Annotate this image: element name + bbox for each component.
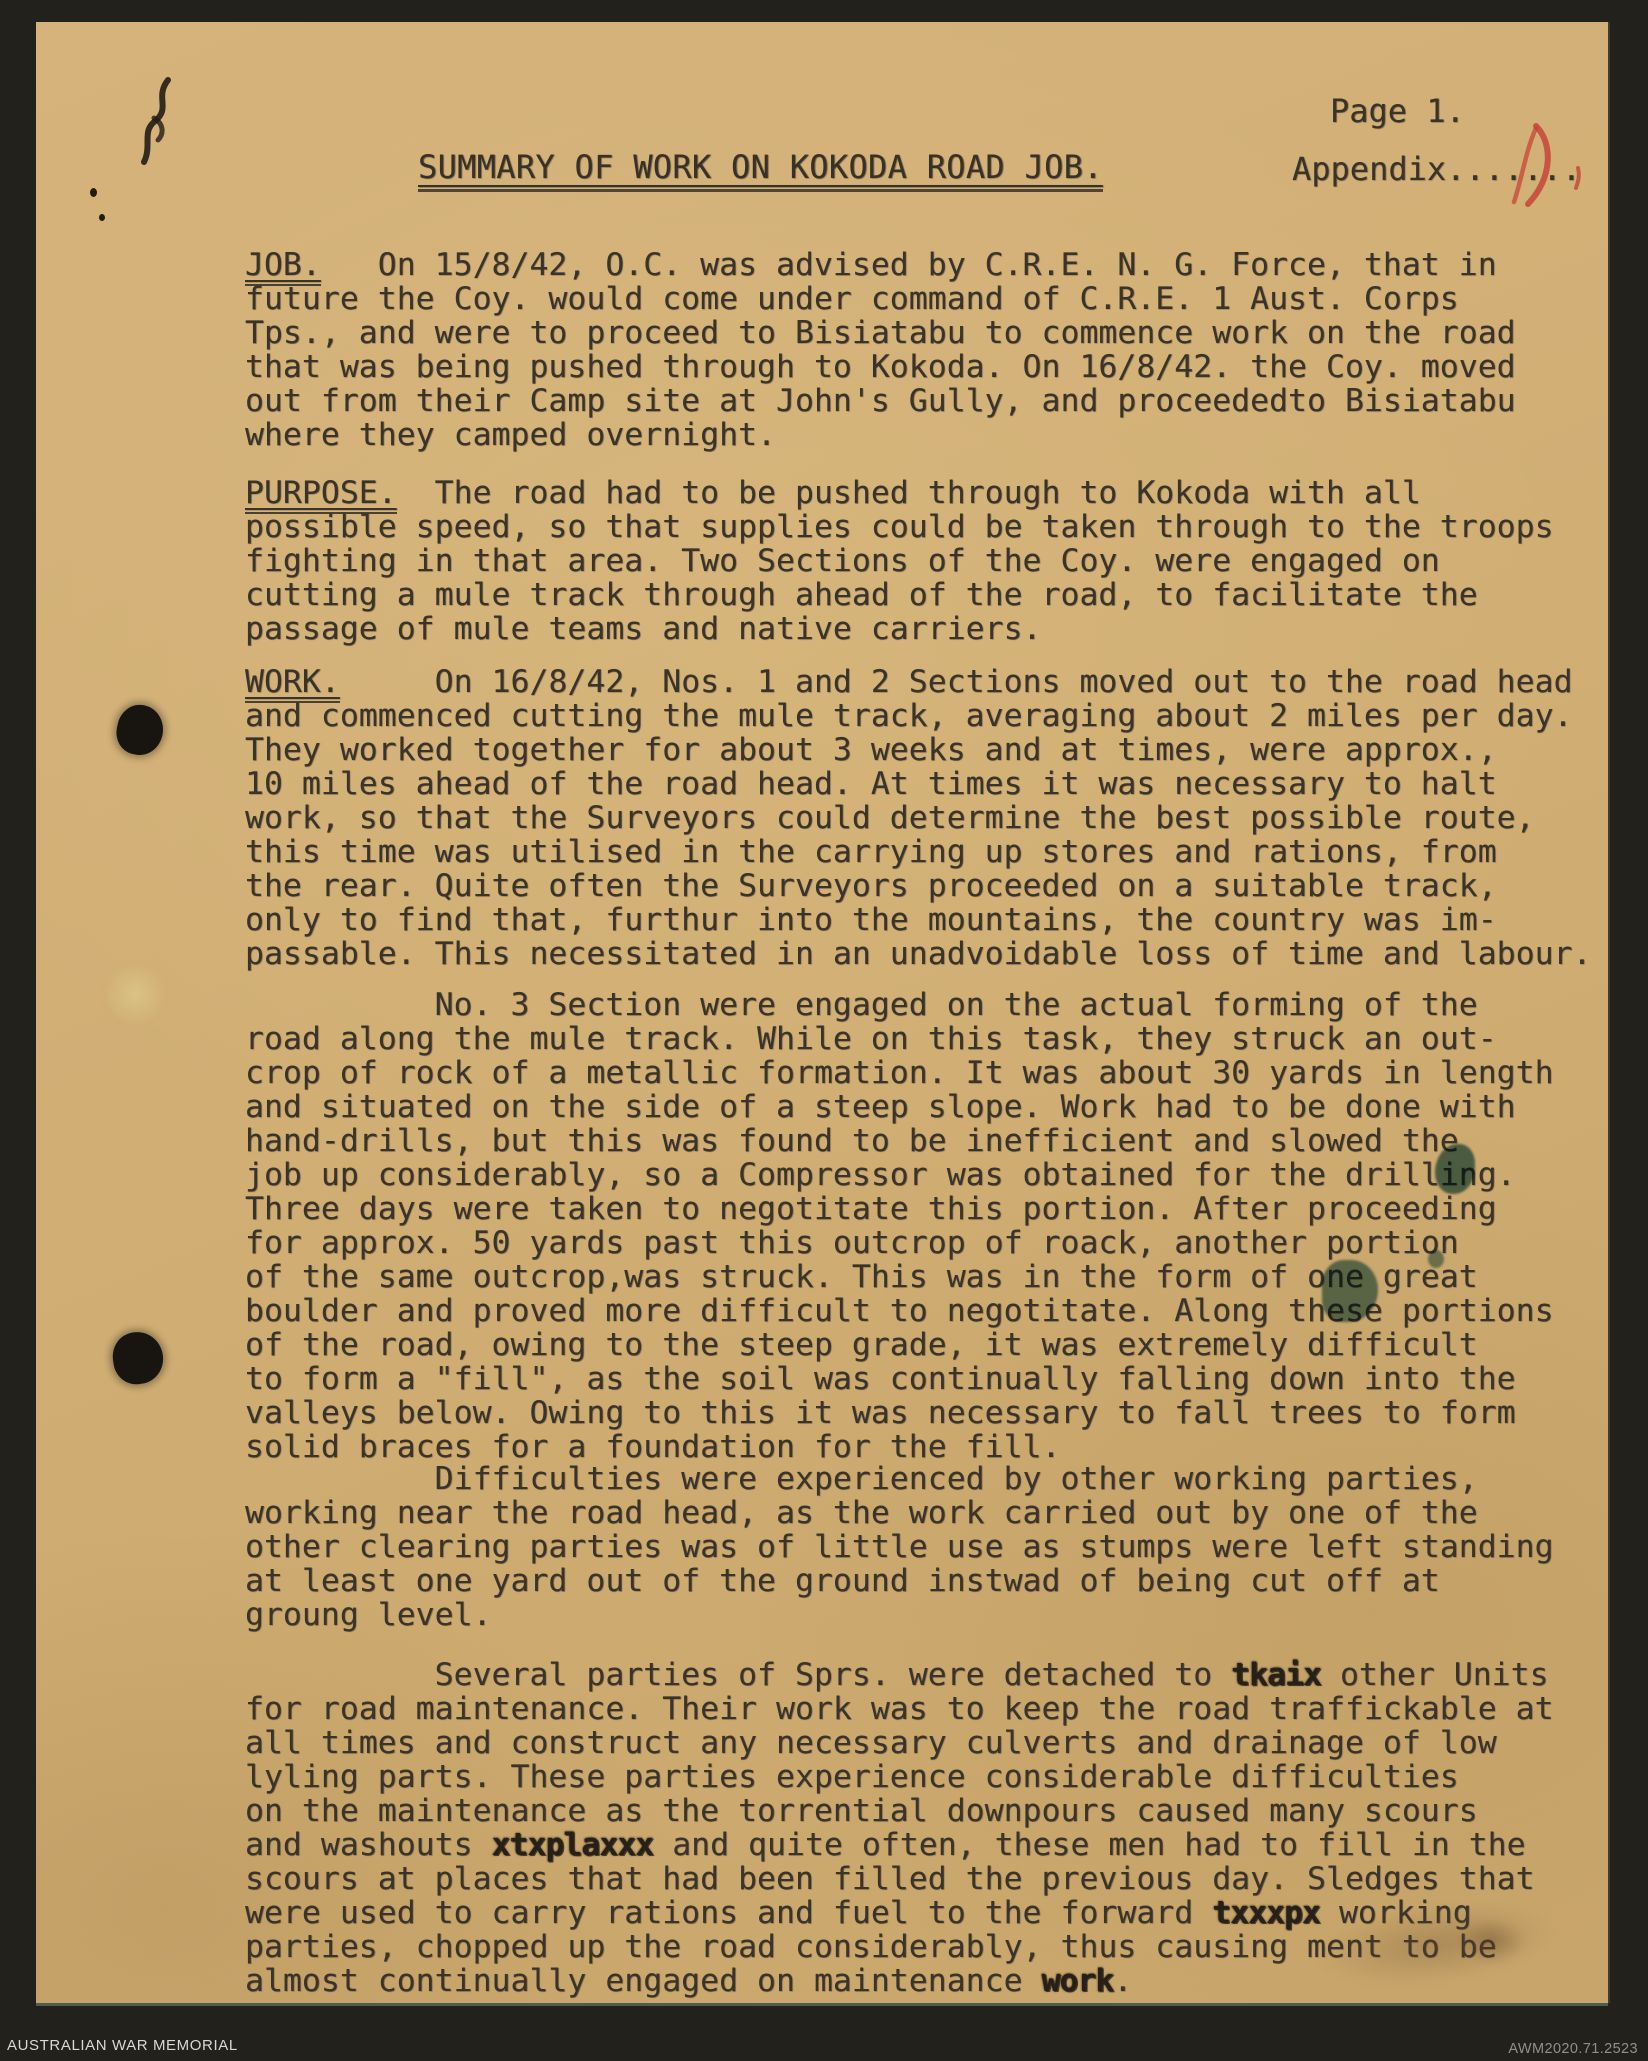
text-line: for approx. 50 yards past this outcrop o…: [245, 1226, 1554, 1260]
document-page: Page 1. SUMMARY OF WORK ON KOKODA ROAD J…: [36, 22, 1608, 2003]
archive-watermark: AUSTRALIAN WAR MEMORIAL: [7, 2037, 238, 2054]
text-line: other clearing parties was of little use…: [245, 1530, 1554, 1564]
punch-hole: [112, 701, 167, 759]
text-line: work, so that the Surveyors could determ…: [245, 801, 1592, 835]
overstruck-word: tkaix: [1231, 1657, 1321, 1693]
ink-scribble-mark: [124, 74, 194, 204]
text-line: working near the road head, as the work …: [245, 1496, 1554, 1530]
text-line: and commenced cutting the mule track, av…: [245, 699, 1592, 733]
text-line: only to find that, furthur into the moun…: [245, 903, 1592, 937]
overstruck-word: xtxplaxxx: [492, 1827, 654, 1863]
text-line: for road maintenance. Their work was to …: [245, 1692, 1554, 1726]
text-line: the rear. Quite often the Surveyors proc…: [245, 869, 1592, 903]
page-number: Page 1.: [1330, 92, 1465, 130]
overstruck-word: txxxpx: [1212, 1895, 1320, 1931]
text-line: out from their Camp site at John's Gully…: [245, 384, 1516, 418]
text-line: to form a "fill", as the soil was contin…: [245, 1362, 1554, 1396]
text-line: lyling parts. These parties experience c…: [245, 1760, 1554, 1794]
text-line: on the maintenance as the torrential dow…: [245, 1794, 1554, 1828]
text-line: fighting in that area. Two Sections of t…: [245, 544, 1554, 578]
text-line: groung level.: [245, 1598, 1554, 1632]
text-line: WORK. On 16/8/42, Nos. 1 and 2 Sections …: [245, 665, 1592, 699]
text-line: Tps., and were to proceed to Bisiatabu t…: [245, 316, 1516, 350]
text-line: all times and construct any necessary cu…: [245, 1726, 1554, 1760]
text-line: job up considerably, so a Compressor was…: [245, 1158, 1554, 1192]
text-line: Difficulties were experienced by other w…: [245, 1462, 1554, 1496]
text-line: They worked together for about 3 weeks a…: [245, 733, 1592, 767]
appendix-annotation-d-mark: [1474, 98, 1604, 228]
text-line: this time was utilised in the carrying u…: [245, 835, 1592, 869]
paragraph: WORK. On 16/8/42, Nos. 1 and 2 Sections …: [245, 665, 1592, 971]
text-line: and washouts xtxplaxxx and quite often, …: [245, 1828, 1554, 1862]
ink-blot: [1428, 1250, 1444, 1268]
dirt-smudge: [1456, 1918, 1526, 1964]
paper-stain: [102, 962, 168, 1026]
text-line: passable. This necessitated in an unadvo…: [245, 937, 1592, 971]
text-line: of the road, owing to the steep grade, i…: [245, 1328, 1554, 1362]
text-line: cutting a mule track through ahead of th…: [245, 578, 1554, 612]
text-line: crop of rock of a metallic formation. It…: [245, 1056, 1554, 1090]
text-line: future the Coy. would come under command…: [245, 282, 1516, 316]
text-line: that was being pushed through to Kokoda.…: [245, 350, 1516, 384]
text-line: and situated on the side of a steep slop…: [245, 1090, 1554, 1124]
document-title: SUMMARY OF WORK ON KOKODA ROAD JOB.: [418, 148, 1103, 192]
text-line: solid braces for a foundation for the fi…: [245, 1430, 1554, 1464]
scan-background: Page 1. SUMMARY OF WORK ON KOKODA ROAD J…: [0, 0, 1648, 2061]
overstruck-word: work: [1042, 1963, 1114, 1999]
text-line: where they camped overnight.: [245, 418, 1516, 452]
punch-hole: [110, 1329, 167, 1387]
text-line: Three days were taken to negotitate this…: [245, 1192, 1554, 1226]
paragraph: Difficulties were experienced by other w…: [245, 1462, 1554, 1632]
paragraph: JOB. On 15/8/42, O.C. was advised by C.R…: [245, 248, 1516, 452]
ink-dot: [99, 214, 105, 221]
text-line: PURPOSE. The road had to be pushed throu…: [245, 476, 1554, 510]
text-line: road along the mule track. While on this…: [245, 1022, 1554, 1056]
paragraph: No. 3 Section were engaged on the actual…: [245, 988, 1554, 1464]
text-line: Several parties of Sprs. were detached t…: [245, 1658, 1554, 1692]
text-line: 10 miles ahead of the road head. At time…: [245, 767, 1592, 801]
text-line: JOB. On 15/8/42, O.C. was advised by C.R…: [245, 248, 1516, 282]
text-line: passage of mule teams and native carrier…: [245, 612, 1554, 646]
text-line: at least one yard out of the ground inst…: [245, 1564, 1554, 1598]
text-line: scours at places that had been filled th…: [245, 1862, 1554, 1896]
text-line: valleys below. Owing to this it was nece…: [245, 1396, 1554, 1430]
archive-id: AWM2020.71.2523: [1508, 2041, 1638, 2057]
text-line: No. 3 Section were engaged on the actual…: [245, 988, 1554, 1022]
paragraph: PURPOSE. The road had to be pushed throu…: [245, 476, 1554, 646]
ink-dot: [90, 188, 97, 197]
text-line: hand-drills, but this was found to be in…: [245, 1124, 1554, 1158]
text-line: possible speed, so that supplies could b…: [245, 510, 1554, 544]
